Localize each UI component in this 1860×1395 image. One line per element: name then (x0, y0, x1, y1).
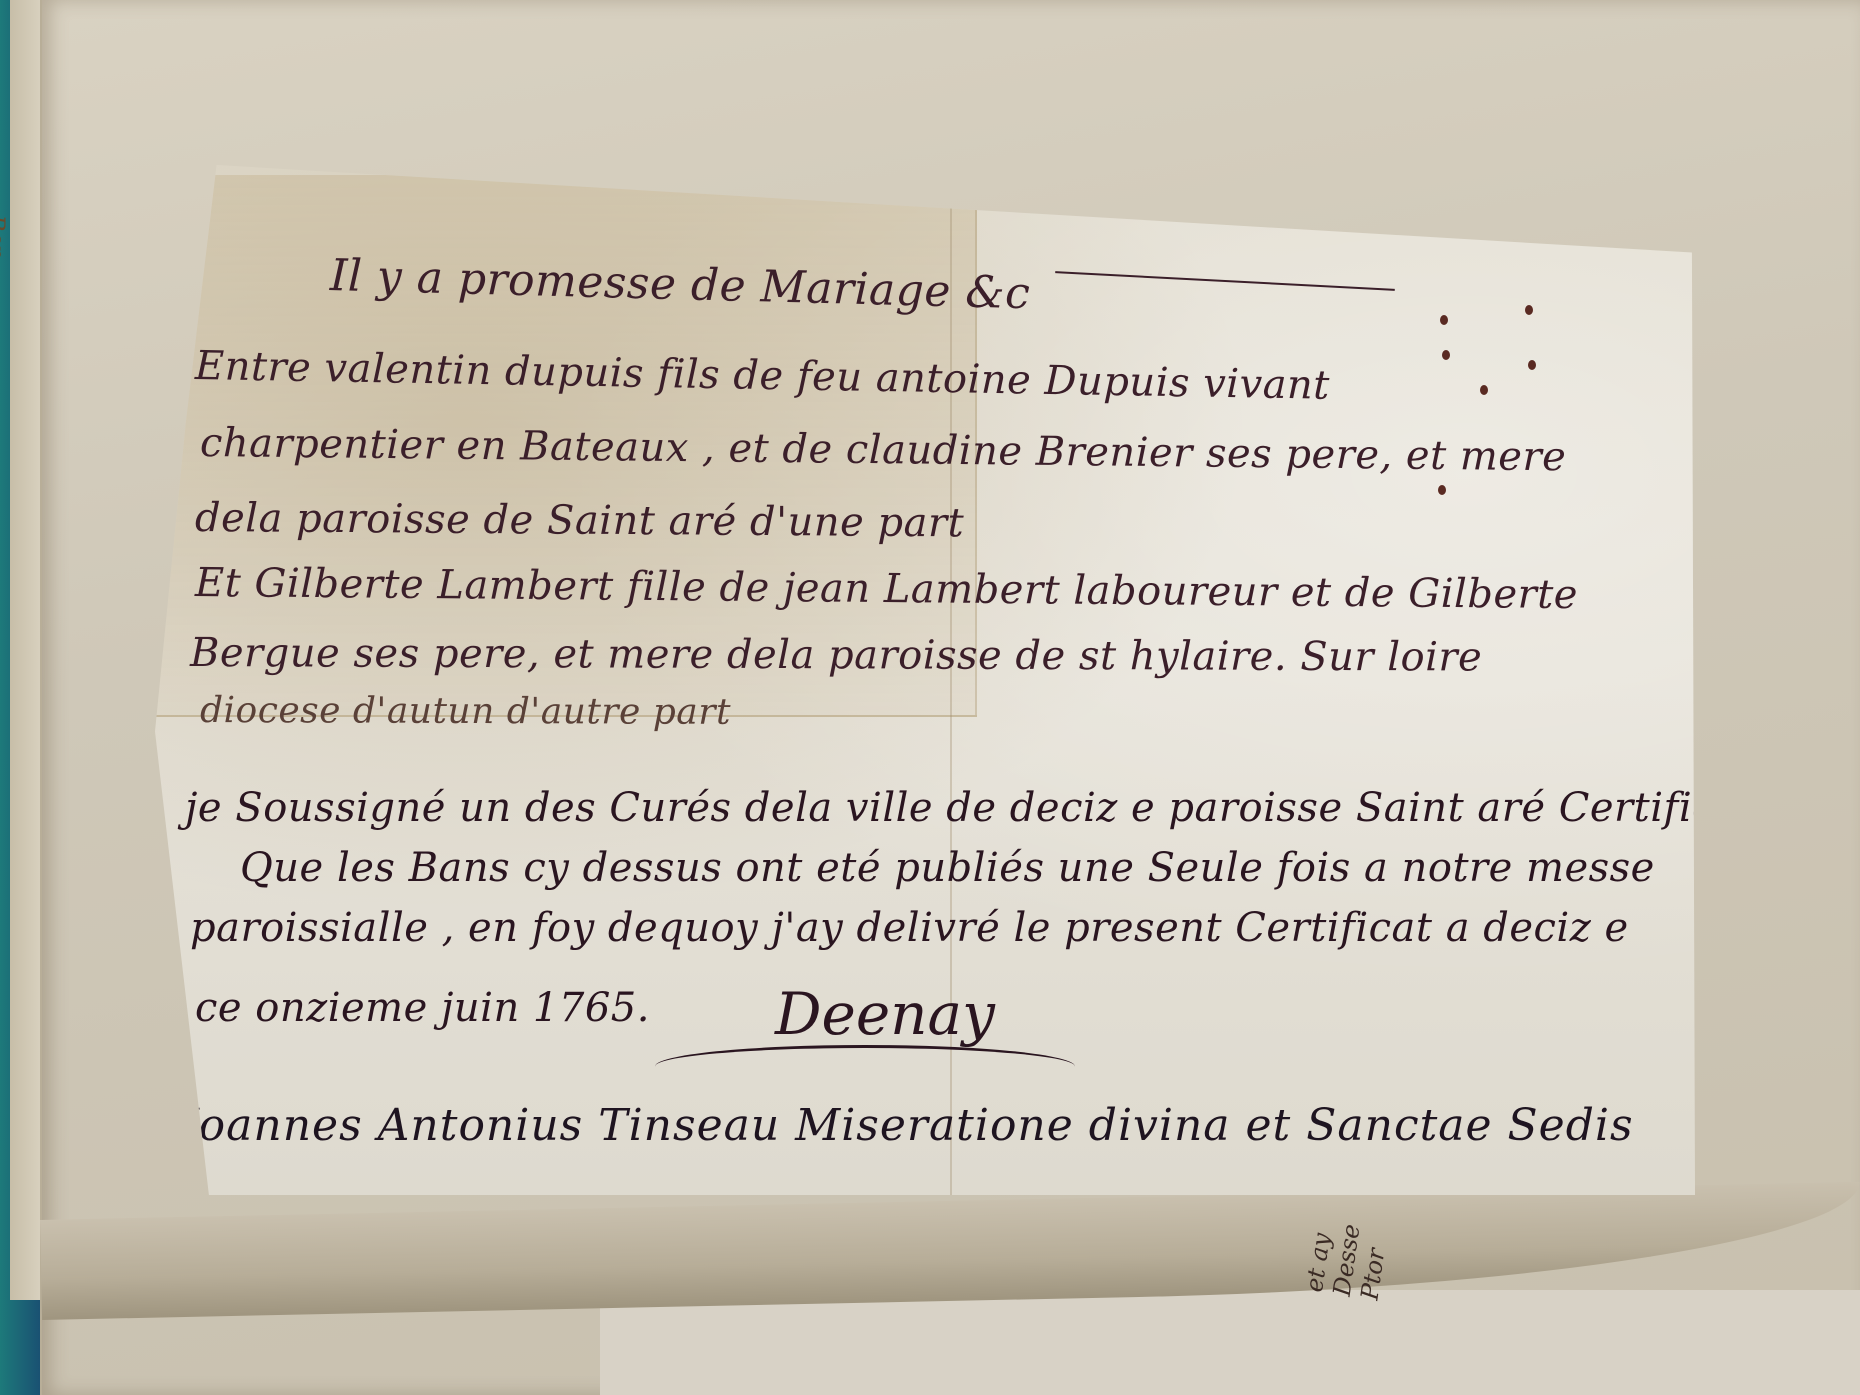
text-line: Bergue ses pere, et mere dela paroisse d… (190, 630, 1482, 681)
text-line: dela paroisse de Saint aré d'une part (195, 495, 964, 546)
margin-note: Rep. (0, 215, 8, 266)
marriage-banns-certificate: Il y a promesse de Mariage &c Entre vale… (155, 165, 1695, 1195)
signature-flourish (655, 1045, 1075, 1088)
lower-page-text: et ay Desse Ptor (1300, 1218, 1393, 1301)
certification-line: je Soussigné un des Curés dela ville de … (185, 785, 1716, 831)
certification-line: paroissialle , en foy dequoy j'ay delivr… (190, 905, 1629, 951)
date-line: ce onzieme juin 1765. (195, 985, 650, 1031)
certification-line: Que les Bans cy dessus ont eté publiés u… (240, 845, 1655, 891)
lower-register-page (600, 1290, 1860, 1395)
bishop-formula: Joannes Antonius Tinseau Miseratione div… (180, 1100, 1634, 1151)
priest-signature: Deenay (775, 980, 995, 1048)
text-line: diocese d'autun d'autre part (200, 690, 731, 733)
